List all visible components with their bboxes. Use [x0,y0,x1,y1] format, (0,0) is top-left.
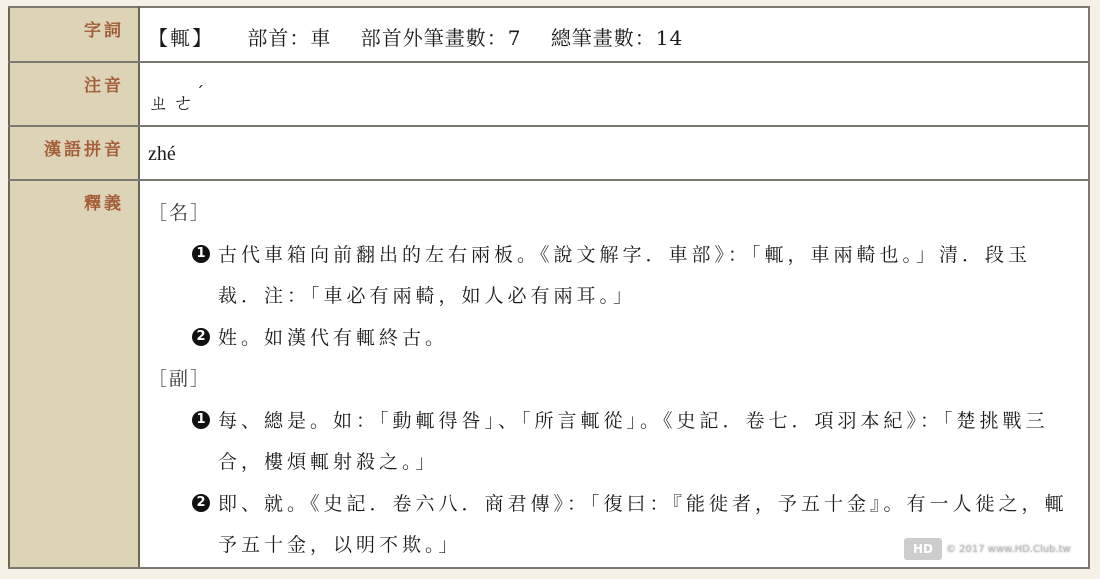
sense-text: 古代車箱向前翻出的左右兩板。《說文解字．車部》：「輒，車兩輢也。」清．段玉裁．注… [218,244,1031,308]
circled-number-1-icon: 1 [192,245,210,263]
circled-number-2-icon: 2 [192,328,210,346]
dictionary-entry-table: 字詞 【輒】 部首：車 部首外筆畫數：7 總筆畫數：14 注音 ㄓㄜˊ 漢語拼音… [8,6,1090,569]
value-cell-zhuyin: ㄓㄜˊ [139,62,1089,126]
row-pinyin: 漢語拼音 zhé [9,126,1089,180]
circled-number-2-icon: 2 [192,494,210,512]
label-cell-pinyin: 漢語拼音 [9,126,139,180]
strokes-outside-radical: 部首外筆畫數：7 [361,26,522,50]
zhuyin-tone-mark: ˊ [196,83,208,102]
value-cell-word: 【輒】 部首：車 部首外筆畫數：7 總筆畫數：14 [139,7,1089,62]
label-word: 字詞 [84,8,124,41]
row-zhuyin: 注音 ㄓㄜˊ [9,62,1089,126]
zhuyin-text: ㄓㄜ [148,91,198,115]
row-definition: 釋義 ［名］ 1 古代車箱向前翻出的左右兩板。《說文解字．車部》：「輒，車兩輢也… [9,180,1089,568]
value-cell-definition: ［名］ 1 古代車箱向前翻出的左右兩板。《說文解字．車部》：「輒，車兩輢也。」清… [139,180,1089,568]
sense-noun-1: 1 古代車箱向前翻出的左右兩板。《說文解字．車部》：「輒，車兩輢也。」清．段玉裁… [148,235,1088,318]
total-strokes: 總筆畫數：14 [551,26,683,50]
definition-block: ［名］ 1 古代車箱向前翻出的左右兩板。《說文解字．車部》：「輒，車兩輢也。」清… [148,181,1088,567]
label-definition: 釋義 [84,181,124,214]
sense-text: 每、總是。如：「動輒得咎」、「所言輒從」。《史記．卷七．項羽本紀》：「楚挑戰三合… [218,410,1049,474]
sense-adverb-1: 1 每、總是。如：「動輒得咎」、「所言輒從」。《史記．卷七．項羽本紀》：「楚挑戰… [148,401,1088,484]
sense-noun-2: 2 姓。如漢代有輒終古。 [148,318,1088,360]
hd-club-logo-icon: HD [904,538,942,560]
pos-adverb: ［副］ [148,359,1088,401]
label-cell-definition: 釋義 [9,180,139,568]
watermark-text: © 2017 www.HD.Club.tw [946,544,1071,555]
word-info: 【輒】 部首：車 部首外筆畫數：7 總筆畫數：14 [148,8,1088,51]
watermark: HD © 2017 www.HD.Club.tw [904,538,1071,560]
label-cell-zhuyin: 注音 [9,62,139,126]
pos-noun: ［名］ [148,193,1088,235]
sense-text: 姓。如漢代有輒終古。 [218,327,448,349]
label-zhuyin: 注音 [84,63,124,96]
pinyin-value: zhé [148,127,1088,166]
label-cell-word: 字詞 [9,7,139,62]
row-word: 字詞 【輒】 部首：車 部首外筆畫數：7 總筆畫數：14 [9,7,1089,62]
label-pinyin: 漢語拼音 [44,127,124,160]
value-cell-pinyin: zhé [139,126,1089,180]
circled-number-1-icon: 1 [192,411,210,429]
radical: 部首：車 [247,26,331,50]
headword: 【輒】 [148,26,214,50]
zhuyin-value: ㄓㄜˊ [148,63,1088,117]
